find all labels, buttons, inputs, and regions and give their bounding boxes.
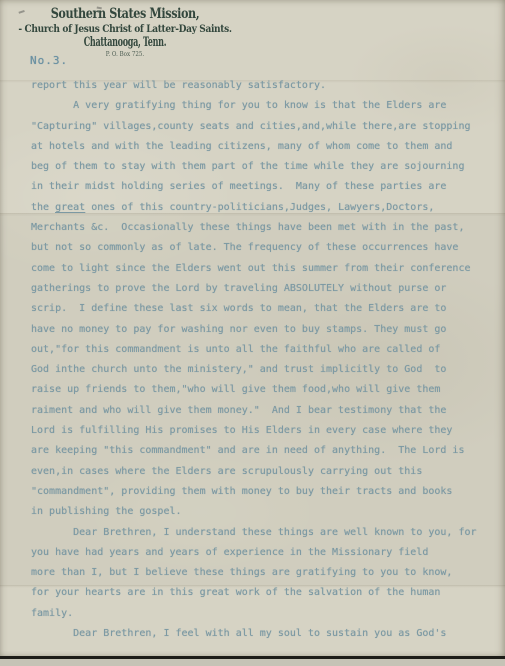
letter-line: God inthe church unto the ministery," an… [31,360,491,380]
letterhead-city: Chattanooga, Tenn. [48,35,203,50]
letter-line: beg of them to stay with them part of th… [31,157,491,177]
letter-line: for your hearts are in this great work o… [31,583,491,603]
letter-line: A very gratifying thing for you to know … [31,96,491,116]
scan-background [0,659,505,666]
letterhead-church-name: - Church of Jesus Christ of Latter-Day S… [18,23,233,35]
letter-line-text: ones of this country-politicians,Judges,… [85,202,434,213]
letter-line: Dear Brethren, I understand these things… [31,523,491,543]
letter-line: at hotels and with the leading citizens,… [31,137,491,157]
letter-line: are keeping "this commandment" and are i… [31,441,491,461]
letter-line: more than I, but I believe these things … [31,563,491,583]
paper-sheet: Southern States Mission, - Church of Jes… [0,0,505,657]
scanned-letter-page: Southern States Mission, - Church of Jes… [0,0,505,666]
letter-line: come to light since the Elders went out … [31,259,491,279]
letter-line: even,in cases where the Elders are scrup… [31,462,491,482]
letter-line: out,"for this commandment is unto all th… [31,340,491,360]
letterhead: Southern States Mission, - Church of Jes… [0,6,250,58]
letter-line: "Capturing" villages,county seats and ci… [31,117,491,137]
letter-line: but not so commonly as of late. The freq… [31,238,491,258]
letter-line: gatherings to prove the Lord by travelin… [31,279,491,299]
letter-line: you have had years and years of experien… [31,543,491,563]
letter-line: in publishing the gospel. [31,502,491,522]
letterhead-mission-name: Southern States Mission, [25,6,225,22]
letter-line: in their midst holding series of meeting… [31,177,491,197]
letter-line: the great ones of this country-politicia… [31,198,491,218]
letter-line: raise up friends to them,"who will give … [31,380,491,400]
page-number-label: No.3. [30,54,68,67]
letter-line: Dear Brethren, I feel with all my soul t… [31,624,491,644]
underlined-word: great [55,202,85,213]
letter-line: family. [31,604,491,624]
letter-line: Merchants &c. Occasionally these things … [31,218,491,238]
letter-line-text: the [31,202,55,213]
letter-line: "commandment", providing them with money… [31,482,491,502]
letter-line: have no money to pay for washing nor eve… [31,320,491,340]
letter-body: report this year will be reasonably sati… [31,76,491,644]
letter-line: report this year will be reasonably sati… [31,76,491,96]
letter-line: Lord is fulfilling His promises to His E… [31,421,491,441]
letter-line: raiment and who will give them money." A… [31,401,491,421]
letter-line: scrip. I define these last six words to … [31,299,491,319]
